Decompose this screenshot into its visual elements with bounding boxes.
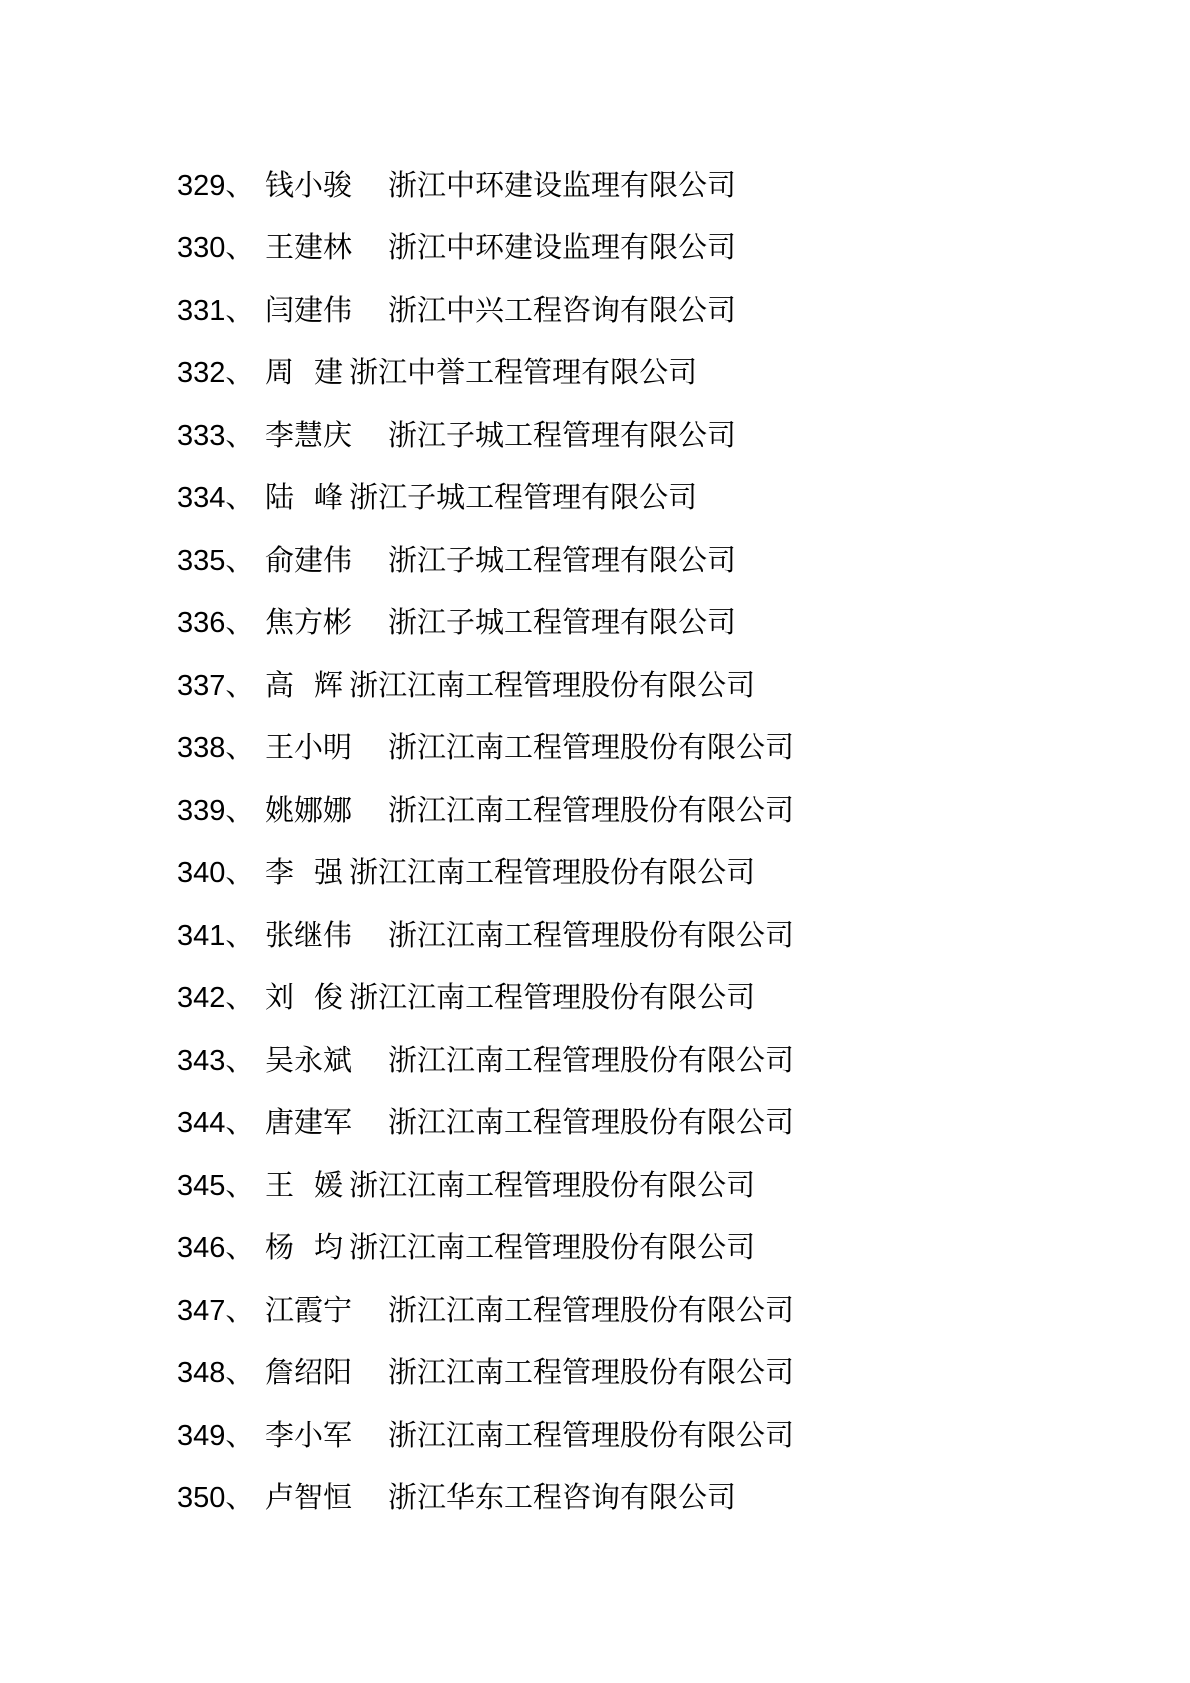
entry-number: 329、 — [177, 172, 265, 201]
entry-number: 347、 — [177, 1297, 265, 1326]
entry-number: 348、 — [177, 1359, 265, 1388]
entry-number: 345、 — [177, 1172, 265, 1201]
list-item: 332、 周 建 浙江中誉工程管理有限公司 — [177, 343, 1150, 406]
entry-number: 332、 — [177, 359, 265, 388]
entry-number: 331、 — [177, 297, 265, 326]
list-item: 347、 江霞宁 浙江江南工程管理股份有限公司 — [177, 1280, 1150, 1343]
entry-name: 卢智恒 — [265, 1484, 352, 1513]
list-item: 338、 王小明 浙江江南工程管理股份有限公司 — [177, 718, 1150, 781]
entry-number: 346、 — [177, 1234, 265, 1263]
list-item: 346、 杨 均 浙江江南工程管理股份有限公司 — [177, 1218, 1150, 1281]
entry-name: 刘 俊 — [265, 984, 343, 1013]
entry-company: 浙江江南工程管理股份有限公司 — [388, 1047, 794, 1076]
entry-company: 浙江中誉工程管理有限公司 — [349, 359, 697, 388]
entry-company: 浙江江南工程管理股份有限公司 — [349, 1234, 755, 1263]
entry-number: 334、 — [177, 484, 265, 513]
entry-name: 杨 均 — [265, 1234, 343, 1263]
entry-name: 王 媛 — [265, 1172, 343, 1201]
entry-name: 姚娜娜 — [265, 797, 352, 826]
entry-number: 342、 — [177, 984, 265, 1013]
list-item: 330、 王建林 浙江中环建设监理有限公司 — [177, 218, 1150, 281]
entry-company: 浙江中兴工程咨询有限公司 — [388, 297, 736, 326]
name-list: 329、 钱小骏 浙江中环建设监理有限公司 330、 王建林 浙江中环建设监理有… — [177, 155, 1150, 1530]
list-item: 340、 李 强 浙江江南工程管理股份有限公司 — [177, 843, 1150, 906]
entry-name: 闫建伟 — [265, 297, 352, 326]
entry-number: 338、 — [177, 734, 265, 763]
entry-number: 335、 — [177, 547, 265, 576]
entry-name: 李小军 — [265, 1422, 352, 1451]
entry-name: 陆 峰 — [265, 484, 343, 513]
list-item: 349、 李小军 浙江江南工程管理股份有限公司 — [177, 1405, 1150, 1468]
list-item: 337、 高 辉 浙江江南工程管理股份有限公司 — [177, 655, 1150, 718]
list-item: 329、 钱小骏 浙江中环建设监理有限公司 — [177, 155, 1150, 218]
list-item: 344、 唐建军 浙江江南工程管理股份有限公司 — [177, 1093, 1150, 1156]
entry-number: 350、 — [177, 1484, 265, 1513]
list-item: 348、 詹绍阳 浙江江南工程管理股份有限公司 — [177, 1343, 1150, 1406]
entry-number: 341、 — [177, 922, 265, 951]
entry-company: 浙江子城工程管理有限公司 — [349, 484, 697, 513]
entry-number: 340、 — [177, 859, 265, 888]
entry-company: 浙江江南工程管理股份有限公司 — [388, 1109, 794, 1138]
entry-number: 339、 — [177, 797, 265, 826]
entry-name: 李慧庆 — [265, 422, 352, 451]
entry-company: 浙江江南工程管理股份有限公司 — [388, 1422, 794, 1451]
entry-number: 337、 — [177, 672, 265, 701]
list-item: 350、 卢智恒 浙江华东工程咨询有限公司 — [177, 1468, 1150, 1531]
document-page: 329、 钱小骏 浙江中环建设监理有限公司 330、 王建林 浙江中环建设监理有… — [0, 0, 1190, 1683]
entry-number: 349、 — [177, 1422, 265, 1451]
entry-company: 浙江江南工程管理股份有限公司 — [349, 1172, 755, 1201]
entry-name: 王建林 — [265, 234, 352, 263]
entry-name: 焦方彬 — [265, 609, 352, 638]
entry-name: 江霞宁 — [265, 1297, 352, 1326]
list-item: 339、 姚娜娜 浙江江南工程管理股份有限公司 — [177, 780, 1150, 843]
entry-company: 浙江子城工程管理有限公司 — [388, 547, 736, 576]
entry-name: 俞建伟 — [265, 547, 352, 576]
entry-name: 张继伟 — [265, 922, 352, 951]
entry-company: 浙江江南工程管理股份有限公司 — [349, 984, 755, 1013]
entry-company: 浙江子城工程管理有限公司 — [388, 609, 736, 638]
entry-name: 李 强 — [265, 859, 343, 888]
list-item: 345、 王 媛 浙江江南工程管理股份有限公司 — [177, 1155, 1150, 1218]
list-item: 333、 李慧庆 浙江子城工程管理有限公司 — [177, 405, 1150, 468]
entry-company: 浙江中环建设监理有限公司 — [388, 234, 736, 263]
list-item: 343、 吴永斌 浙江江南工程管理股份有限公司 — [177, 1030, 1150, 1093]
entry-company: 浙江子城工程管理有限公司 — [388, 422, 736, 451]
list-item: 331、 闫建伟 浙江中兴工程咨询有限公司 — [177, 280, 1150, 343]
list-item: 335、 俞建伟 浙江子城工程管理有限公司 — [177, 530, 1150, 593]
entry-name: 唐建军 — [265, 1109, 352, 1138]
entry-name: 周 建 — [265, 359, 343, 388]
entry-name: 王小明 — [265, 734, 352, 763]
entry-number: 343、 — [177, 1047, 265, 1076]
entry-company: 浙江江南工程管理股份有限公司 — [388, 1297, 794, 1326]
entry-company: 浙江江南工程管理股份有限公司 — [349, 859, 755, 888]
list-item: 342、 刘 俊 浙江江南工程管理股份有限公司 — [177, 968, 1150, 1031]
entry-company: 浙江江南工程管理股份有限公司 — [388, 1359, 794, 1388]
entry-number: 333、 — [177, 422, 265, 451]
entry-number: 330、 — [177, 234, 265, 263]
entry-company: 浙江江南工程管理股份有限公司 — [349, 672, 755, 701]
entry-name: 高 辉 — [265, 672, 343, 701]
entry-company: 浙江华东工程咨询有限公司 — [388, 1484, 736, 1513]
entry-company: 浙江江南工程管理股份有限公司 — [388, 734, 794, 763]
entry-company: 浙江江南工程管理股份有限公司 — [388, 797, 794, 826]
list-item: 336、 焦方彬 浙江子城工程管理有限公司 — [177, 593, 1150, 656]
entry-company: 浙江中环建设监理有限公司 — [388, 172, 736, 201]
entry-name: 钱小骏 — [265, 172, 352, 201]
list-item: 334、 陆 峰 浙江子城工程管理有限公司 — [177, 468, 1150, 531]
entry-number: 344、 — [177, 1109, 265, 1138]
entry-company: 浙江江南工程管理股份有限公司 — [388, 922, 794, 951]
entry-name: 詹绍阳 — [265, 1359, 352, 1388]
entry-name: 吴永斌 — [265, 1047, 352, 1076]
entry-number: 336、 — [177, 609, 265, 638]
list-item: 341、 张继伟 浙江江南工程管理股份有限公司 — [177, 905, 1150, 968]
